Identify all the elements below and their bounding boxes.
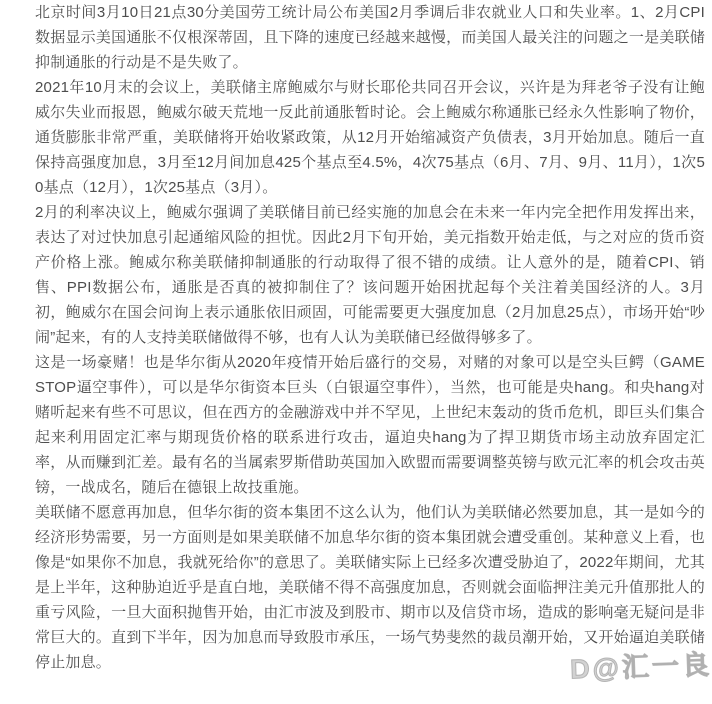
paragraph-1: 北京时间3月10日21点30分美国劳工统计局公布美国2月季调后非农就业人口和失业… <box>35 0 705 75</box>
paragraph-4: 这是一场豪赌！也是华尔街从2020年疫情开始后盛行的交易，对赌的对象可以是空头巨… <box>35 350 705 500</box>
article-body: 北京时间3月10日21点30分美国劳工统计局公布美国2月季调后非农就业人口和失业… <box>0 0 712 704</box>
paragraph-3: 2月的利率决议上，鲍威尔强调了美联储目前已经实施的加息会在未来一年内完全把作用发… <box>35 200 705 350</box>
paragraph-5: 美联储不愿意再加息，但华尔街的资本集团不这么认为，他们认为美联储必然要加息，其一… <box>35 500 705 675</box>
paragraph-2: 2021年10月末的会议上，美联储主席鲍威尔与财长耶伦共同召开会议，兴许是为拜老… <box>35 75 705 200</box>
